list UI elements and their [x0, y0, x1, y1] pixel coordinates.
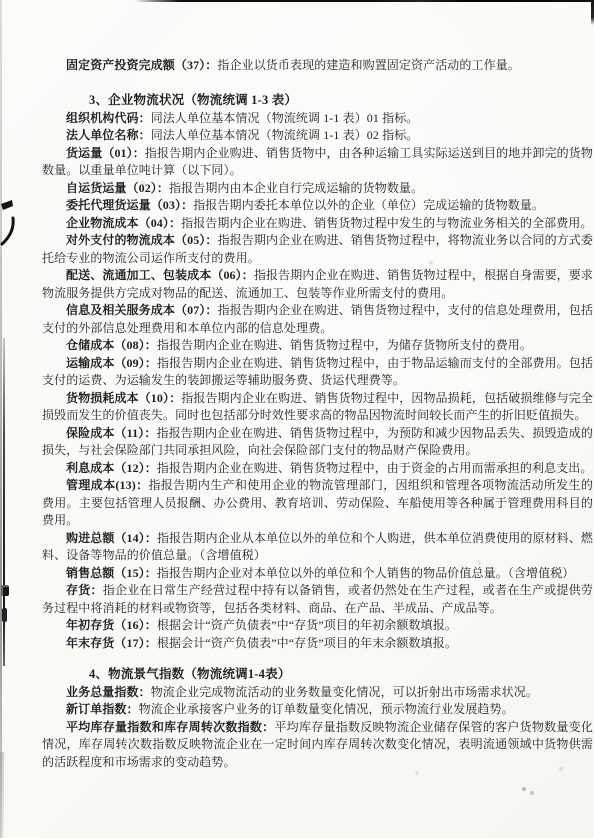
definition-term: 购进总额（14）：: [66, 531, 157, 545]
scan-artifact-top-edge: [135, 0, 594, 2]
definition-term: 企业物流成本（04）：: [66, 216, 181, 230]
definition-term: 销售总额（15）：: [66, 566, 157, 580]
definition-term: 存货：: [66, 583, 103, 597]
definition-paragraph: 组织机构代码：同法人单位基本情况（物流统调 1-1 表）01 指标。: [42, 110, 593, 128]
definition-text: 物流企业完成物流活动的业务数量变化情况，可以折射出市场需求状况。: [151, 685, 538, 699]
definition-term: 运输成本（09）：: [66, 356, 157, 370]
definition-text: 指报告期内由本企业自行完成运输的货物数量。: [169, 181, 423, 195]
document-content: 固定资产投资完成额（37）：指企业以货币表现的建造和购置固定资产活动的工作量。 …: [42, 57, 593, 771]
definition-term: 年末存货（17）：: [66, 636, 157, 650]
handwriting-mark-icon: [0, 198, 16, 254]
definition-paragraph: 货运量（01）：指报告期内企业购进、销售货物中，由各种运输工具实际运送到目的地并…: [42, 145, 593, 180]
definition-term: 仓储成本（08）：: [66, 338, 157, 352]
definition-term: 新订单指数：: [66, 702, 139, 716]
definition-term: 组织机构代码：: [66, 111, 151, 125]
definition-term: 年初存货（16）：: [66, 618, 157, 632]
definition-text: 根据会计“资产负债表”中“存货”项目的年初余额数填报。: [157, 618, 457, 632]
definition-text: 指报告期内委托本单位以外的企业（单位）完成运输的货物数量。: [193, 198, 544, 212]
definition-paragraph: 保险成本（11）：指报告期内企业在购进、销售货物过程中，为预防和减少因物品丢失、…: [42, 425, 593, 460]
definition-term: 固定资产投资完成额（37）：: [66, 58, 217, 72]
definition-paragraph: 信息及相关服务成本（07）：指报告期内企业在购进、销售货物过程中，支付的信息处理…: [42, 302, 593, 337]
definition-text: 指报告期内企业在购进、销售货物过程中，由于资金的占用而需承担的利息支出。: [157, 461, 593, 475]
definition-term: 平均库存量指数和库存周转次数指数：: [66, 720, 274, 734]
scan-artifact-ink-blob: [1, 585, 9, 596]
definition-paragraph: 管理成本(13)：指报告期内生产和使用企业的物流管理部门，因组织和管理各项物流活…: [42, 477, 593, 530]
definition-term: 法人单位名称：: [66, 128, 151, 142]
section-heading: 3、企业物流状况（物流统调 1-3 表）: [42, 92, 593, 110]
scan-noise-specks: [0, 0, 2, 2]
section-logistics-prosperity-index: 4、物流景气指数（物流统调1-4表） 业务总量指数：物流企业完成物流活动的业务数…: [42, 666, 593, 771]
definition-term: 管理成本(13)：: [66, 478, 148, 492]
definition-text: 物流企业承接客户业务的订单数量变化情况，预示物流行业发展趋势。: [139, 702, 514, 716]
definition-term: 信息及相关服务成本（07）：: [66, 303, 218, 317]
definition-paragraph: 货物损耗成本（10）：指报告期内企业在购进、销售货物过程中，因物品损耗，包括破损…: [42, 390, 593, 425]
definition-term: 配送、流通加工、包装成本（06）：: [66, 268, 254, 282]
definition-term: 货物损耗成本（10）：: [66, 391, 181, 405]
definition-term: 自运货运量（02）：: [66, 181, 169, 195]
section-entries: 业务总量指数：物流企业完成物流活动的业务数量变化情况，可以折射出市场需求状况。 …: [42, 684, 593, 772]
scanned-document-page: 固定资产投资完成额（37）：指企业以货币表现的建造和购置固定资产活动的工作量。 …: [0, 0, 594, 838]
definition-text: 同法人单位基本情况（物流统调 1-1 表）01 指标。: [151, 111, 419, 125]
section-enterprise-logistics: 3、企业物流状况（物流统调 1-3 表） 组织机构代码：同法人单位基本情况（物流…: [42, 92, 593, 652]
definition-paragraph: 委托代理货运量（03）：指报告期内委托本单位以外的企业（单位）完成运输的货物数量…: [42, 197, 593, 215]
definition-paragraph: 平均库存量指数和库存周转次数指数：平均库存量指数反映物流企业储存保管的客户货物数…: [42, 719, 593, 772]
definition-paragraph: 企业物流成本（04）：指报告期内企业在购进、销售货物过程中发生的与物流业务相关的…: [42, 215, 593, 233]
definition-term: 利息成本（12）：: [66, 461, 157, 475]
definition-paragraph: 销售总额（15）：指报告期内企业对本单位以外的单位和个人销售的物品价值总量。（含…: [42, 565, 593, 583]
definition-term: 业务总量指数：: [66, 685, 151, 699]
definition-text: 指企业在日常生产经营过程中持有以备销售，或者仍然处在生产过程，或者在生产或提供劳…: [42, 583, 593, 615]
definition-paragraph: 业务总量指数：物流企业完成物流活动的业务数量变化情况，可以折射出市场需求状况。: [42, 684, 593, 702]
definition-term: 货运量（01）：: [66, 146, 145, 160]
definition-paragraph: 自运货运量（02）：指报告期内由本企业自行完成运输的货物数量。: [42, 180, 593, 198]
definition-text: 同法人单位基本情况（物流统调 1-1 表）02 指标。: [151, 128, 419, 142]
section-heading: 4、物流景气指数（物流统调1-4表）: [42, 666, 593, 684]
definition-paragraph: 年初存货（16）：根据会计“资产负债表”中“存货”项目的年初余额数填报。: [42, 617, 593, 635]
definition-term: 保险成本（11）：: [66, 426, 156, 440]
definition-term: 对外支付的物流成本（05）：: [66, 233, 218, 247]
definition-paragraph: 仓储成本（08）：指报告期内企业在购进、销售货物过程中，为储存货物所支付的费用。: [42, 337, 593, 355]
scan-artifact-left-edge: [0, 0, 2, 838]
definition-paragraph: 存货：指企业在日常生产经营过程中持有以备销售，或者仍然处在生产过程，或者在生产或…: [42, 582, 593, 617]
definition-paragraph: 配送、流通加工、包装成本（06）：指报告期内企业在购进、销售货物过程中，根据自身…: [42, 267, 593, 302]
definition-paragraph: 新订单指数：物流企业承接客户业务的订单数量变化情况，预示物流行业发展趋势。: [42, 701, 593, 719]
definition-text: 根据会计“资产负债表”中“存货”项目的年末余额数填报。: [157, 636, 457, 650]
scan-artifact-ink-blob: [2, 608, 7, 622]
definition-paragraph: 对外支付的物流成本（05）：指报告期内企业在购进、销售货物过程中，将物流业务以合…: [42, 232, 593, 267]
definition-paragraph: 购进总额（14）：指报告期内企业从本单位以外的单位和个人购进，供本单位消费使用的…: [42, 530, 593, 565]
definition-text: 指企业以货币表现的建造和购置固定资产活动的工作量。: [217, 58, 520, 72]
definition-text: 指报告期内企业在购进、销售货物过程中，为储存货物所支付的费用。: [157, 338, 532, 352]
definition-paragraph: 运输成本（09）：指报告期内企业在购进、销售货物过程中，由于物品运输而支付的全部…: [42, 355, 593, 390]
definition-text: 指报告期内企业对本单位以外的单位和个人销售的物品价值总量。（含增值税）: [157, 566, 575, 580]
definition-paragraph: 年末存货（17）：根据会计“资产负债表”中“存货”项目的年末余额数填报。: [42, 635, 593, 653]
definition-paragraph: 固定资产投资完成额（37）：指企业以货币表现的建造和购置固定资产活动的工作量。: [42, 57, 593, 75]
definition-text: 指报告期内企业在购进、销售货物过程中发生的与物流业务相关的全部费用。: [181, 216, 592, 230]
definition-paragraph: 法人单位名称：同法人单位基本情况（物流统调 1-1 表）02 指标。: [42, 127, 593, 145]
scan-artifact-left-edge-dark-line: [3, 338, 5, 666]
definition-term: 委托代理货运量（03）：: [66, 198, 193, 212]
scan-artifact-bottom-smudge: [0, 752, 4, 838]
definition-paragraph: 利息成本（12）：指报告期内企业在购进、销售货物过程中，由于资金的占用而需承担的…: [42, 460, 593, 478]
section-entries: 组织机构代码：同法人单位基本情况（物流统调 1-1 表）01 指标。 法人单位名…: [42, 110, 593, 653]
